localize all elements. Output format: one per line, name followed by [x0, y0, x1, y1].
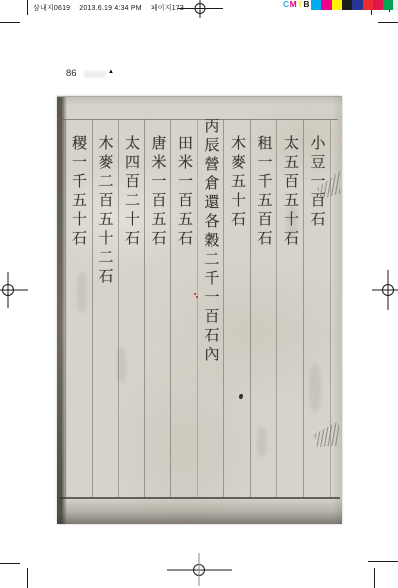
- ruled-column-line: [250, 119, 251, 498]
- ruled-column-line: [223, 119, 224, 498]
- color-swatch: [311, 0, 321, 10]
- ruled-column-line: [197, 119, 198, 498]
- manuscript-column: 租一千五百石: [254, 135, 274, 249]
- color-swatch: [332, 0, 342, 10]
- colorbar-letter: B: [303, 0, 309, 9]
- color-swatch: [383, 0, 393, 10]
- ghost-smudge: [257, 427, 267, 457]
- ghost-smudge: [117, 347, 126, 383]
- ruled-column-line: [170, 119, 171, 498]
- ghost-smudge: [287, 205, 297, 239]
- ruled-column-line: [144, 119, 145, 498]
- colorbar-letter: M: [290, 0, 297, 9]
- color-swatch: [393, 0, 398, 10]
- manuscript-column: 田米一百五石: [174, 135, 194, 249]
- color-calibration-bar: CMYB: [283, 0, 398, 10]
- photo-bottom-shadow: [57, 498, 342, 524]
- faint-print-artifact: [84, 71, 106, 78]
- slug-datetime: 2013.6.19 4:34 PM: [79, 5, 142, 12]
- color-swatch: [363, 0, 373, 10]
- manuscript-column: 木麥五十石: [227, 135, 247, 230]
- colorbar-letter: Y: [297, 0, 303, 9]
- slug-page-label: 페이지173: [151, 5, 184, 12]
- ghost-smudge: [309, 365, 321, 411]
- registration-mark-left: [0, 272, 28, 308]
- manuscript-photo: 小豆一百石太五百五十石租一千五百石木麥五十石丙辰營倉還各穀二千一百石內田米一百五…: [57, 96, 342, 524]
- ruled-column-line: [303, 119, 304, 498]
- colorbar-swatches: [311, 0, 398, 10]
- red-correction-mark: [193, 292, 199, 299]
- page-number: 86: [66, 68, 77, 79]
- ghost-smudge: [77, 273, 87, 313]
- crop-mark-bottom-left: [0, 564, 28, 588]
- manuscript-column: 稷一千五十石: [68, 135, 88, 249]
- triangle-mark-icon: ▲: [108, 69, 114, 75]
- crop-mark-top-left: [0, 0, 28, 23]
- slug-line: 삼내지06192013.6.19 4:34 PM페이지173: [33, 3, 193, 13]
- colorbar-letters: CMYB: [283, 0, 310, 9]
- slug-filename: 삼내지0619: [33, 5, 70, 12]
- pencil-margin-mark: [314, 419, 339, 447]
- manuscript-column: 丙辰營倉還各穀二千一百石內: [201, 118, 221, 365]
- colorbar-letter: C: [283, 0, 289, 9]
- proof-sheet: 삼내지06192013.6.19 4:34 PM페이지173 CMYB 86 ▲…: [0, 0, 398, 588]
- color-swatch: [321, 0, 331, 10]
- ruled-column-line: [118, 119, 119, 498]
- manuscript-column: 太四百二十石: [121, 135, 141, 249]
- ruled-column-line: [276, 119, 277, 498]
- ruled-column-line: [92, 119, 93, 498]
- color-swatch: [373, 0, 383, 10]
- ruled-column-line: [65, 119, 66, 498]
- color-swatch: [342, 0, 352, 10]
- manuscript-column: 小豆一百石: [307, 135, 327, 230]
- registration-mark-bottom-center: [167, 553, 232, 586]
- ink-dot: [239, 394, 243, 399]
- crop-mark-bottom-right: [368, 562, 398, 588]
- registration-mark-right: [372, 270, 398, 310]
- color-swatch: [352, 0, 362, 10]
- manuscript-column: 唐米一百五石: [148, 135, 168, 249]
- manuscript-column: 木麥二百五十二石: [95, 135, 115, 287]
